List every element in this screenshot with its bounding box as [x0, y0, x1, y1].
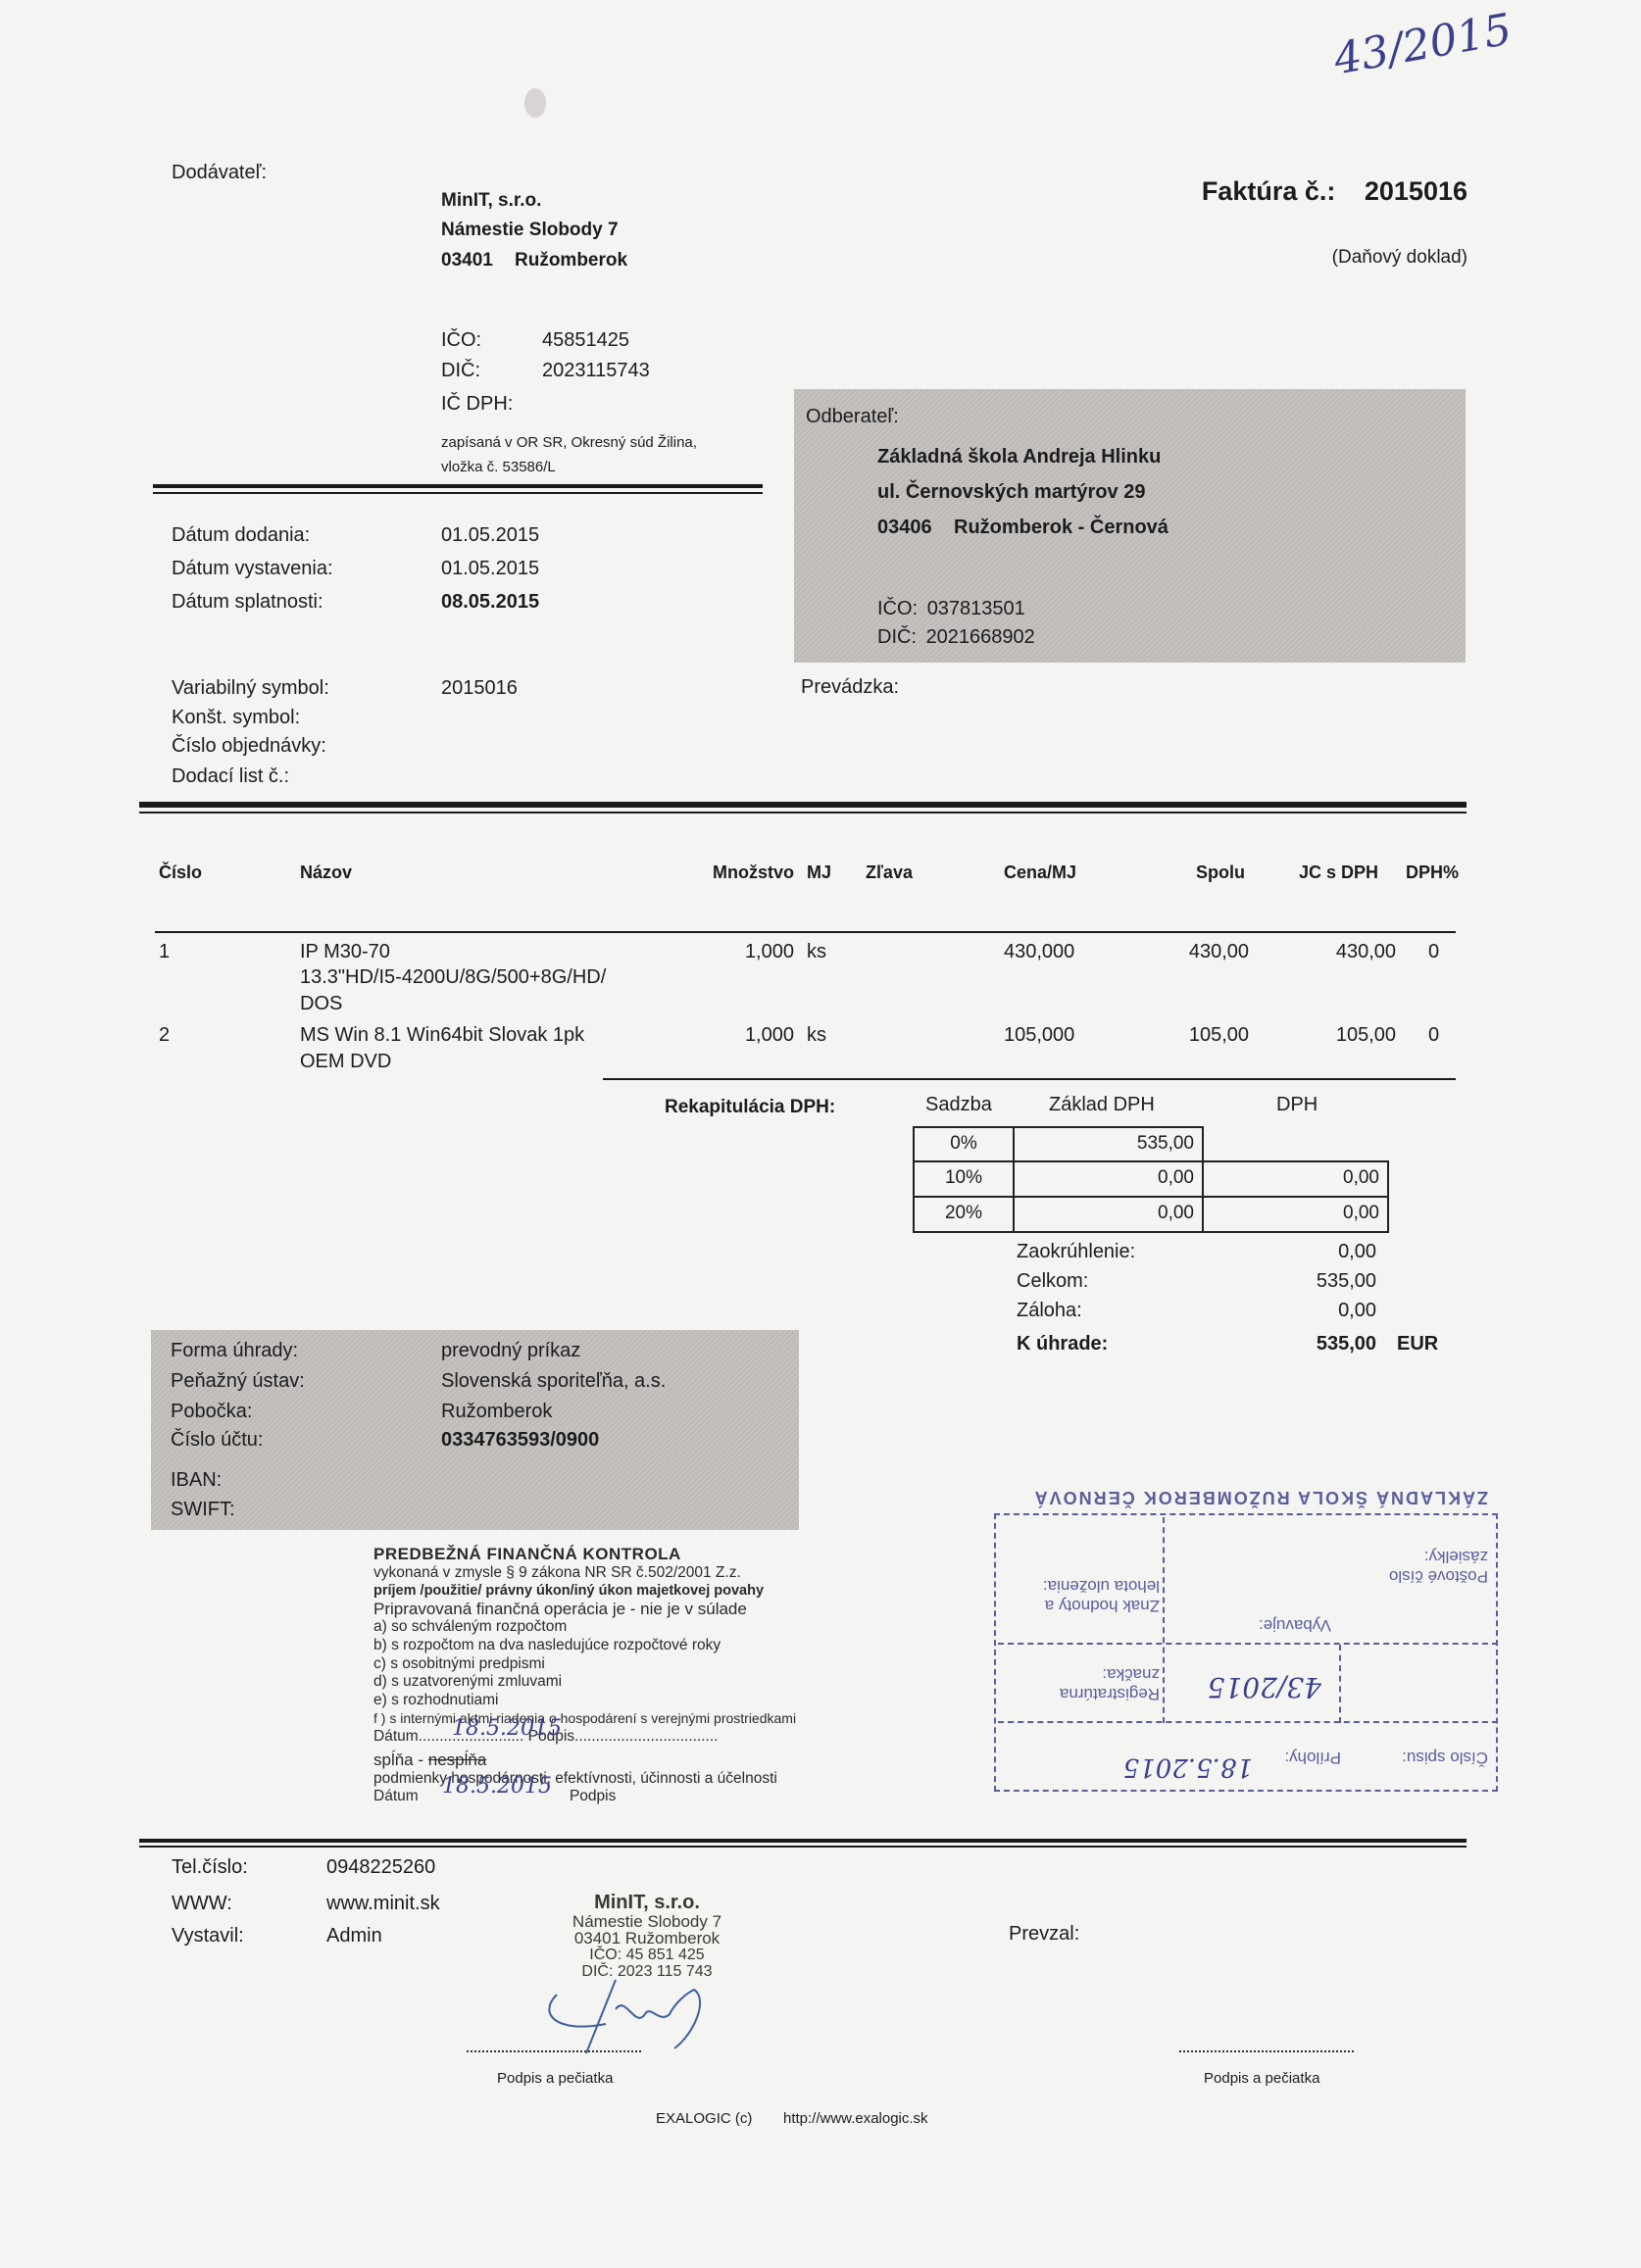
row-unit: ks [807, 941, 826, 963]
vat-base-cell: 0,00 [1013, 1196, 1204, 1233]
stamp-date-row: Dátum......................... Podpis...… [373, 1728, 824, 1751]
amount-due-label: K úhrade: [1017, 1333, 1108, 1356]
constant-symbol-label: Konšt. symbol: [172, 707, 300, 729]
stamp-date-handwritten: 18.5.2015 [452, 1720, 562, 1739]
stamp-signature2-label: Podpis [570, 1788, 616, 1804]
row-number: 2 [159, 1024, 170, 1047]
stamp-line: Pripravovaná finančná operácia je - nie … [373, 1601, 824, 1619]
amount-due-currency: EUR [1397, 1333, 1438, 1356]
signature-label-left: Podpis a pečiatka [497, 2070, 613, 2087]
amount-due-value: 535,00 [1317, 1333, 1376, 1356]
supplier-dic-label: DIČ: [441, 360, 480, 382]
total-value: 535,00 [1317, 1270, 1376, 1293]
header-divider-thick [139, 802, 1467, 808]
col-header-number: Číslo [159, 863, 202, 883]
supplier-divider-thick [153, 484, 763, 488]
col-header-unit: MJ [807, 863, 831, 883]
supplier-register-line1: zapísaná v OR SR, Okresný súd Žilina, [441, 434, 697, 451]
reg-received-value: 18.5.2015 [1123, 1752, 1253, 1782]
reg-handled-by-label: Vybavuje: [1259, 1615, 1331, 1635]
stamp-line: a) so schváleným rozpočtom [373, 1618, 824, 1637]
variable-symbol-value: 2015016 [441, 677, 518, 700]
customer-premises-label: Prevádzka: [801, 676, 899, 699]
supplier-register-line2: vložka č. 53586/L [441, 459, 556, 475]
vat-rate-cell: 0% [913, 1126, 1015, 1162]
deposit-value: 0,00 [1338, 1300, 1376, 1322]
payment-box: Forma úhrady: prevodný príkaz Peňažný ús… [151, 1330, 799, 1530]
paper-blemish [524, 88, 546, 118]
iban-label: IBAN: [171, 1469, 222, 1492]
stamp-fulfils: spĺňa - [373, 1750, 423, 1769]
vat-header-vat: DPH [1276, 1094, 1318, 1116]
stamp-title: PREDBEŽNÁ FINANČNÁ KONTROLA [373, 1546, 824, 1564]
issued-by-label: Vystavil: [172, 1925, 244, 1948]
vat-rate-cell: 10% [913, 1160, 1015, 1198]
received-by-label: Prevzal: [1009, 1923, 1079, 1946]
row-price-vat: 105,00 [1336, 1024, 1396, 1047]
supplier-seal: MinIT, s.r.o. Námestie Slobody 7 03401 R… [549, 1892, 745, 1980]
col-header-price-vat: JC s DPH [1299, 863, 1378, 883]
col-header-discount: Zľava [866, 863, 913, 883]
footer-divider-thick [139, 1839, 1467, 1843]
row-name-line: MS Win 8.1 Win64bit Slovak 1pk [300, 1024, 584, 1047]
invoice-title: Faktúra č.: 2015016 [1202, 176, 1467, 207]
customer-ico-label: IČO: [877, 598, 918, 619]
stamp-date-label: Dátum [373, 1728, 419, 1745]
payment-method-label: Forma úhrady: [171, 1340, 298, 1362]
row-total: 430,00 [1189, 941, 1249, 963]
branch-value: Ružomberok [441, 1401, 552, 1423]
seal-street: Námestie Slobody 7 [549, 1913, 745, 1930]
date-delivery-label: Dátum dodania: [172, 524, 310, 547]
stamp-date2-handwritten: 18.5.2015 [442, 1778, 552, 1797]
footer-divider-thin [139, 1846, 1467, 1848]
row-price-vat: 430,00 [1336, 941, 1396, 963]
col-header-name: Názov [300, 863, 352, 883]
reg-stamp-col [1163, 1517, 1165, 1723]
customer-dic-label: DIČ: [877, 626, 917, 648]
date-due-label: Dátum splatnosti: [172, 591, 323, 614]
supplier-divider-thin [153, 492, 763, 494]
row-name-line: DOS [300, 993, 342, 1015]
seal-city: 03401 Ružomberok [549, 1930, 745, 1947]
stamp-line: b) s rozpočtom na dva nasledujúce rozpoč… [373, 1637, 824, 1655]
signature-label-right: Podpis a pečiatka [1204, 2070, 1319, 2087]
reg-school-name: ZÁKLADNÁ ŠKOLA RUŽOMBEROK ČERNOVÁ [1033, 1487, 1488, 1507]
phone-value: 0948225260 [326, 1856, 435, 1879]
customer-name: Základná škola Andreja Hlinku [877, 446, 1161, 468]
supplier-icdph-label: IČ DPH: [441, 393, 513, 416]
supplier-ico-label: IČO: [441, 329, 481, 352]
customer-city: Ružomberok - Černová [954, 517, 1169, 539]
reg-attachments-label: Prílohy: [1284, 1748, 1341, 1767]
row-unit: ks [807, 1024, 826, 1047]
web-value[interactable]: www.minit.sk [326, 1893, 440, 1915]
software-credit: EXALOGIC (c) [656, 2110, 752, 2127]
deposit-label: Záloha: [1017, 1300, 1082, 1322]
row-qty: 1,000 [745, 1024, 794, 1047]
row-vat-pct: 0 [1428, 941, 1439, 963]
row-total: 105,00 [1189, 1024, 1249, 1047]
reg-mark-label: Registratúrna značka: [1013, 1664, 1160, 1703]
customer-dic-value: 2021668902 [926, 626, 1035, 648]
invoice-subtitle: (Daňový doklad) [1332, 247, 1467, 269]
vat-amount-cell: 0,00 [1202, 1160, 1389, 1198]
customer-label: Odberateľ: [806, 406, 899, 428]
items-footer-rule [603, 1078, 1456, 1080]
date-delivery-value: 01.05.2015 [441, 524, 539, 547]
reg-number-label: Číslo spisu: [1402, 1748, 1488, 1767]
row-number: 1 [159, 941, 170, 963]
account-value: 0334763593/0900 [441, 1429, 599, 1452]
stamp-line: f ) s internými aktmi riadenia o hospodá… [373, 1709, 824, 1728]
financial-control-stamp: PREDBEŽNÁ FINANČNÁ KONTROLA vykonaná v z… [373, 1546, 824, 1807]
stamp-line: vykonaná v zmysle § 9 zákona NR SR č.502… [373, 1564, 824, 1583]
vat-amount-cell: 0,00 [1202, 1196, 1389, 1233]
vat-base-cell: 535,00 [1013, 1126, 1204, 1162]
software-url[interactable]: http://www.exalogic.sk [783, 2110, 928, 2127]
delivery-note-label: Dodací list č.: [172, 765, 289, 788]
bank-label: Peňažný ústav: [171, 1370, 305, 1393]
reg-postal-label: Poštové číslo zásielky: [1341, 1547, 1488, 1586]
col-header-vat-pct: DPH% [1406, 863, 1459, 883]
reg-value-mark-label: Znak hodnoty a lehota uloženia: [1013, 1576, 1160, 1615]
issued-by-value: Admin [326, 1925, 382, 1948]
reg-mark-value: 43/2015 [1208, 1671, 1321, 1703]
seal-ico: IČO: 45 851 425 [549, 1947, 745, 1963]
stamp-dots: .................................. [574, 1728, 718, 1745]
supplier-street: Námestie Slobody 7 [441, 220, 619, 241]
date-issued-value: 01.05.2015 [441, 558, 539, 580]
stamp-line: d) s uzatvorenými zmluvami [373, 1673, 824, 1692]
customer-zip: 03406 [877, 517, 932, 539]
header-divider-thin [139, 812, 1467, 814]
invoice-number: 2015016 [1365, 176, 1467, 206]
stamp-line: c) s osobitnými predpismi [373, 1655, 824, 1674]
stamp-line: príjem /použitie/ právny úkon/iný úkon m… [373, 1582, 824, 1601]
signature-scribble-icon [537, 1975, 714, 2058]
branch-label: Pobočka: [171, 1401, 252, 1423]
customer-box: Odberateľ: Základná škola Andreja Hlinku… [794, 389, 1466, 663]
rounding-value: 0,00 [1338, 1241, 1376, 1263]
vat-header-base: Základ DPH [1049, 1094, 1155, 1116]
bank-value: Slovenská sporiteľňa, a.s. [441, 1370, 666, 1393]
stamp-not-fulfils: nespĺňa [428, 1750, 487, 1769]
customer-ico: IČO: 037813501 [877, 598, 1025, 620]
vat-header-rate: Sadzba [925, 1094, 992, 1116]
col-header-total: Spolu [1196, 863, 1245, 883]
supplier-city: Ružomberok [515, 250, 627, 271]
vat-summary-title: Rekapitulácia DPH: [665, 1097, 835, 1118]
rounding-label: Zaokrúhlenie: [1017, 1241, 1135, 1263]
row-vat-pct: 0 [1428, 1024, 1439, 1047]
row-unit-price: 105,000 [1004, 1024, 1074, 1047]
row-name-line: 13.3"HD/I5-4200U/8G/500+8G/HD/ [300, 966, 606, 989]
seal-name: MinIT, s.r.o. [549, 1892, 745, 1913]
supplier-label: Dodávateľ: [172, 162, 267, 184]
variable-symbol-label: Variabilný symbol: [172, 677, 329, 700]
invoice-title-label: Faktúra č.: [1202, 176, 1336, 206]
payment-method-value: prevodný príkaz [441, 1340, 580, 1362]
stamp-fulfils-row: spĺňa - nespĺňa [373, 1751, 824, 1770]
row-unit-price: 430,000 [1004, 941, 1074, 963]
stamp-line: e) s rozhodnutiami [373, 1692, 824, 1710]
supplier-dic: 2023115743 [542, 360, 650, 382]
row-qty: 1,000 [745, 941, 794, 963]
stamp-line: podmienky hospodárnosti, efektívnosti, ú… [373, 1770, 824, 1789]
col-header-qty: Množstvo [713, 863, 794, 883]
reg-stamp-col [1339, 1645, 1341, 1723]
customer-dic: DIČ: 2021668902 [877, 626, 1035, 649]
date-due-value: 08.05.2015 [441, 591, 539, 614]
supplier-ico: 45851425 [542, 329, 629, 352]
row-name-line: IP M30-70 [300, 941, 390, 963]
signature-line-right [1179, 2050, 1354, 2052]
phone-label: Tel.číslo: [172, 1856, 248, 1879]
stamp-date2-label: Dátum [373, 1788, 419, 1804]
web-label: WWW: [172, 1893, 232, 1915]
total-label: Celkom: [1017, 1270, 1088, 1293]
registration-stamp: Prílohy: Číslo spisu: 18.5.2015 Registra… [978, 1449, 1498, 1811]
customer-street: ul. Černovských martýrov 29 [877, 481, 1145, 504]
stamp-date2-row: Dátum Podpis 18.5.2015 [373, 1788, 824, 1807]
supplier-name: MinIT, s.r.o. [441, 190, 541, 212]
vat-base-cell: 0,00 [1013, 1160, 1204, 1198]
row-name-line: OEM DVD [300, 1051, 391, 1073]
date-issued-label: Dátum vystavenia: [172, 558, 333, 580]
items-header-rule [155, 931, 1456, 933]
order-number-label: Číslo objednávky: [172, 735, 326, 758]
supplier-zip: 03401 [441, 250, 493, 271]
vat-rate-cell: 20% [913, 1196, 1015, 1233]
swift-label: SWIFT: [171, 1499, 235, 1521]
customer-ico-value: 037813501 [927, 598, 1025, 619]
account-label: Číslo účtu: [171, 1429, 263, 1452]
col-header-unit-price: Cena/MJ [1004, 863, 1076, 883]
handwritten-reference: 43/2015 [1330, 5, 1516, 85]
